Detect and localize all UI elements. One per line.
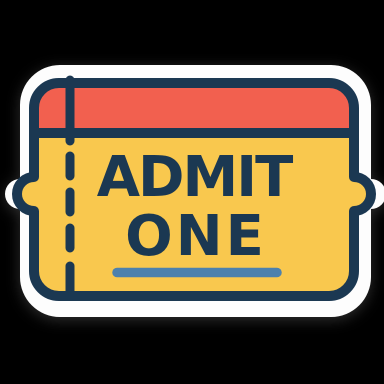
sticker: ADMIT ONE [5, 65, 384, 317]
admit-text: ADMIT [97, 145, 293, 210]
canvas: ADMIT ONE [0, 0, 384, 384]
admit-one-sticker-image: ADMIT ONE [0, 0, 384, 384]
one-text: ONE [125, 204, 267, 269]
